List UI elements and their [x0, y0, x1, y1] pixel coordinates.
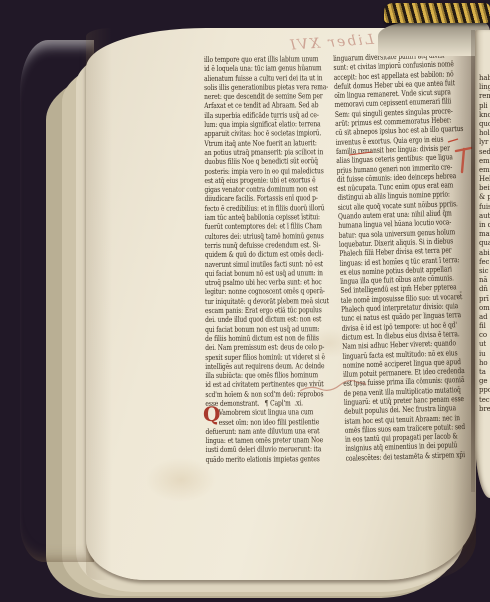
edge-text-fragment: kno [479, 111, 490, 120]
manicule-t-mark [456, 148, 471, 172]
facing-page-text-fragments: hablingrempliknoquohollyrsedempemnHebbei… [479, 74, 490, 414]
edge-text-fragment: emp [479, 157, 490, 166]
edge-text-fragment: ta [479, 368, 490, 377]
edge-text-fragment: ppo [479, 386, 490, 395]
edge-text-fragment: tecē [479, 396, 490, 405]
edge-text-fragment: quo [479, 120, 490, 129]
edge-text-fragment: ad [479, 313, 490, 322]
edge-text-fragment: nā [479, 276, 490, 285]
edge-text-fragment: Heb [479, 175, 490, 184]
edge-text-fragment: brea [479, 405, 490, 414]
book-photo: Liber XVI illo tempore quo erat illis la… [0, 0, 490, 602]
edge-text-fragment: & p [479, 193, 490, 202]
chapter-squiggle-mark [300, 380, 366, 391]
edge-text-fragment: rem [479, 92, 490, 101]
edge-text-fragment: auth [479, 212, 490, 221]
edge-text-fragment: sic [479, 267, 490, 276]
rubrication-marks [86, 28, 476, 580]
edge-text-fragment: iu [479, 350, 490, 359]
edge-text-fragment: ge [479, 377, 490, 386]
book-page: Liber XVI illo tempore quo erat illis la… [86, 28, 476, 580]
edge-text-fragment: abi [479, 249, 490, 258]
underline-mark [349, 152, 372, 155]
edge-text-fragment: fuis [479, 203, 490, 212]
edge-text-fragment: ling [479, 83, 490, 92]
textblock-fore-edges [20, 40, 94, 562]
edge-text-fragment: sed [479, 148, 490, 157]
edge-text-fragment: bein [479, 184, 490, 193]
edge-text-fragment: emn [479, 166, 490, 175]
edge-text-fragment: ho [479, 359, 490, 368]
headband [384, 3, 490, 23]
edge-text-fragment: lyr [479, 138, 490, 147]
edge-text-fragment: pli [479, 102, 490, 111]
edge-text-fragment: fil [479, 322, 490, 331]
edge-text-fragment: co [479, 331, 490, 340]
edge-text-fragment: dn̄ [479, 285, 490, 294]
edge-text-fragment: hol [479, 129, 490, 138]
edge-text-fragment: omē [479, 304, 490, 313]
edge-text-fragment: qua [479, 239, 490, 248]
edge-text-fragment: hab [479, 74, 490, 83]
edge-text-fragment: man [479, 230, 490, 239]
edge-text-fragment: ut [479, 340, 490, 349]
facing-page-edge: hablingrempliknoquohollyrsedempemnHebbei… [475, 30, 490, 498]
nota-tick-mark [448, 139, 458, 142]
edge-text-fragment: fec [479, 258, 490, 267]
edge-text-fragment: prī [479, 295, 490, 304]
edge-text-fragment: in d [479, 221, 490, 230]
